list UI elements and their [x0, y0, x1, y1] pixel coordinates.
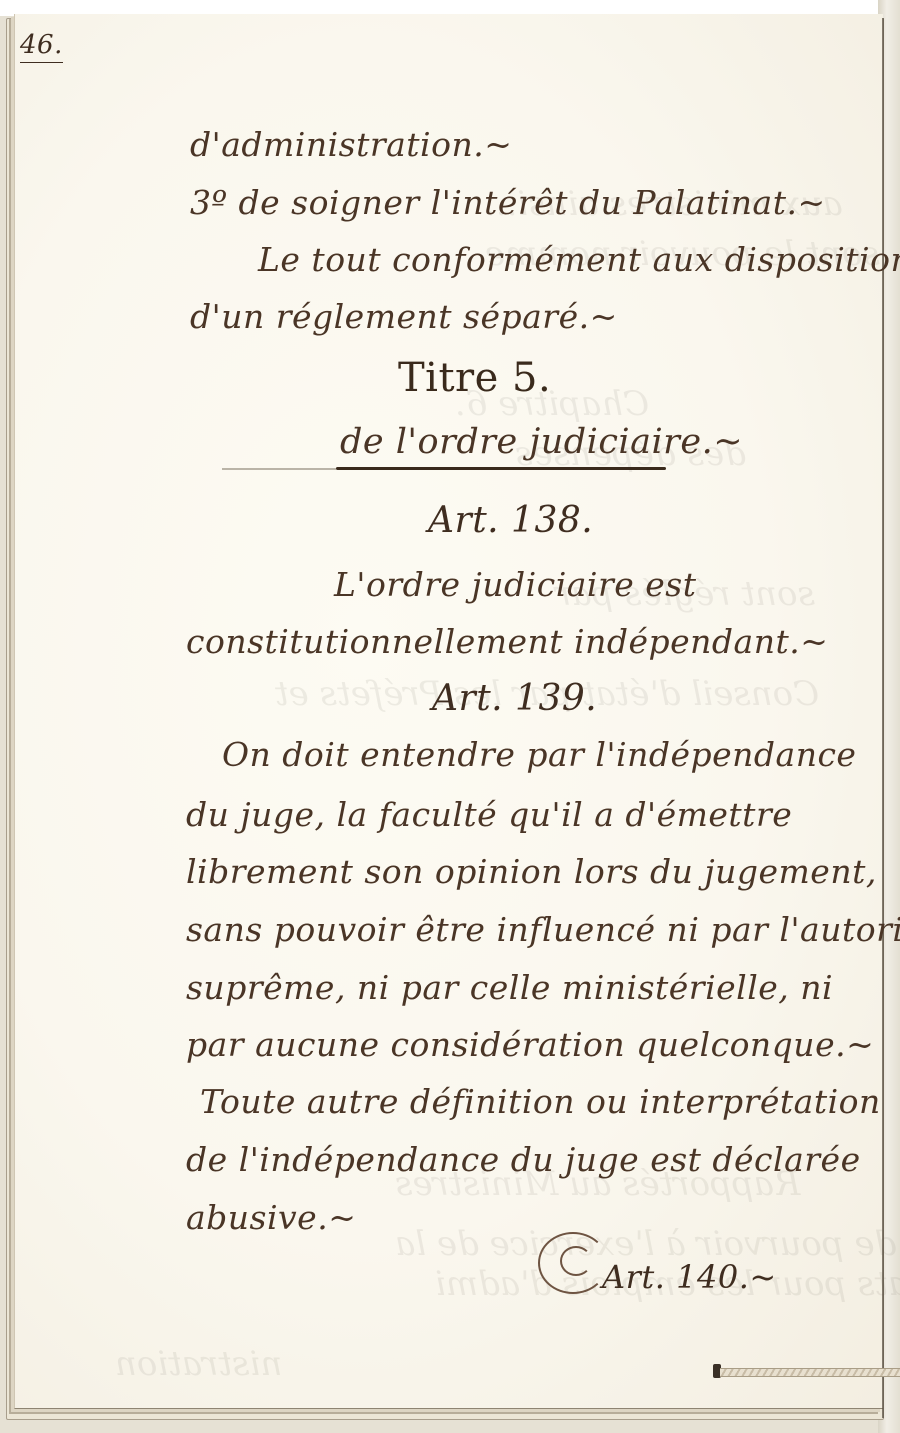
- article-139-line-6: par aucune considération quelconque.~: [186, 1025, 874, 1064]
- article-139-line-3: librement son opinion lors du jugement,: [186, 852, 877, 891]
- article-139-line-9: abusive.~: [186, 1198, 356, 1237]
- calligraphic-flourish-inner: [560, 1246, 592, 1276]
- binding-cord: [720, 1368, 900, 1377]
- article-139-line-2: du juge, la faculté qu'il a d'émettre: [186, 795, 792, 834]
- text-line-3: Le tout conformément aux dispositions: [258, 240, 900, 279]
- text-line-2: 3º de soigner l'intérêt du Palatinat.~: [190, 183, 826, 222]
- article-139-heading: Art. 139.: [432, 678, 597, 719]
- section-title: Titre 5.: [398, 355, 551, 401]
- article-138-line-2: constitutionnellement indépendant.~: [186, 622, 828, 661]
- article-140-heading: Art. 140.~: [602, 1258, 777, 1296]
- bleed-through-text: nistration: [115, 1344, 282, 1384]
- text-line-1: d'administration.~: [190, 125, 512, 164]
- article-139-line-4: sans pouvoir être influencé ni par l'aut…: [186, 910, 900, 949]
- article-139-line-7: Toute autre définition ou interprétation: [200, 1082, 881, 1121]
- article-139-line-8: de l'indépendance du juge est déclarée: [186, 1140, 861, 1179]
- article-138-line-1: L'ordre judiciaire est: [334, 565, 697, 604]
- heading-underline-faded: [222, 468, 336, 470]
- text-line-4: d'un réglement séparé.~: [190, 297, 618, 336]
- heading-underline: [336, 467, 666, 470]
- folio-number: 46.: [20, 30, 63, 63]
- article-138-heading: Art. 138.: [428, 500, 593, 541]
- article-139-line-5: suprême, ni par celle ministérielle, ni: [186, 968, 833, 1007]
- article-139-line-1: On doit entendre par l'indépendance: [222, 735, 856, 774]
- section-subtitle: de l'ordre judiciaire.~: [340, 422, 743, 462]
- binding-gutter: [882, 18, 884, 1418]
